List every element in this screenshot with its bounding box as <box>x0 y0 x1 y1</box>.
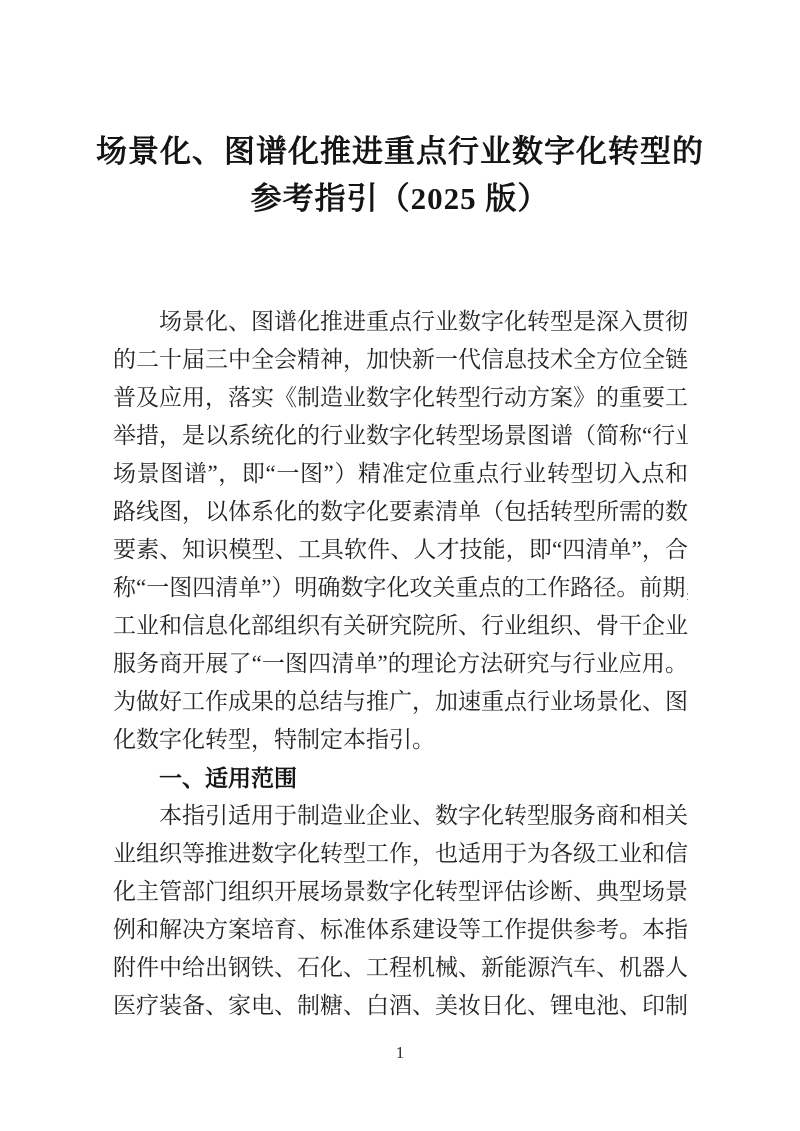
page-footer: 1 <box>0 1043 800 1063</box>
text-line: 例和解决方案培育、标准体系建设等工作提供参考。本指引 <box>113 911 688 949</box>
document-title-line-2: 参考指引（2025 版） <box>60 175 740 222</box>
section-heading: 一、适用范围 <box>113 759 688 797</box>
text-line: 举措，是以系统化的行业数字化转型场景图谱（简称“行业 <box>113 417 688 455</box>
text-line: 路线图，以体系化的数字化要素清单（包括转型所需的数据 <box>113 493 688 531</box>
text-line: 医疗装备、家电、制糖、白酒、美妆日化、锂电池、印制板 <box>113 987 688 1025</box>
text-line: 为做好工作成果的总结与推广，加速重点行业场景化、图谱 <box>113 683 688 721</box>
text-line: 化数字化转型，特制定本指引。 <box>113 721 688 759</box>
text-line: 场景化、图谱化推进重点行业数字化转型是深入贯彻党 <box>113 303 688 341</box>
text-line: 的二十届三中全会精神，加快新一代信息技术全方位全链条 <box>113 341 688 379</box>
page-number: 1 <box>396 1043 405 1062</box>
text-line: 普及应用，落实《制造业数字化转型行动方案》的重要工作 <box>113 379 688 417</box>
document-title: 场景化、图谱化推进重点行业数字化转型的 参考指引（2025 版） <box>60 128 740 222</box>
text-line: 化主管部门组织开展场景数字化转型评估诊断、典型场景案 <box>113 873 688 911</box>
document-title-line-1: 场景化、图谱化推进重点行业数字化转型的 <box>60 128 740 175</box>
text-line: 要素、知识模型、工具软件、人才技能，即“四清单”，合 <box>113 531 688 569</box>
text-line: 附件中给出钢铁、石化、工程机械、新能源汽车、机器人、 <box>113 949 688 987</box>
text-line: 业组织等推进数字化转型工作，也适用于为各级工业和信息 <box>113 835 688 873</box>
text-line: 场景图谱”，即“一图”）精准定位重点行业转型切入点和 <box>113 455 688 493</box>
text-line: 服务商开展了“一图四清单”的理论方法研究与行业应用。 <box>113 645 688 683</box>
document-page: 场景化、图谱化推进重点行业数字化转型的 参考指引（2025 版） 场景化、图谱化… <box>0 0 800 1131</box>
text-line: 本指引适用于制造业企业、数字化转型服务商和相关行 <box>113 797 688 835</box>
text-line: 称“一图四清单”）明确数字化攻关重点的工作路径。前期， <box>113 569 688 607</box>
document-body: 场景化、图谱化推进重点行业数字化转型是深入贯彻党的二十届三中全会精神，加快新一代… <box>113 303 688 1025</box>
text-line: 工业和信息化部组织有关研究院所、行业组织、骨干企业和 <box>113 607 688 645</box>
